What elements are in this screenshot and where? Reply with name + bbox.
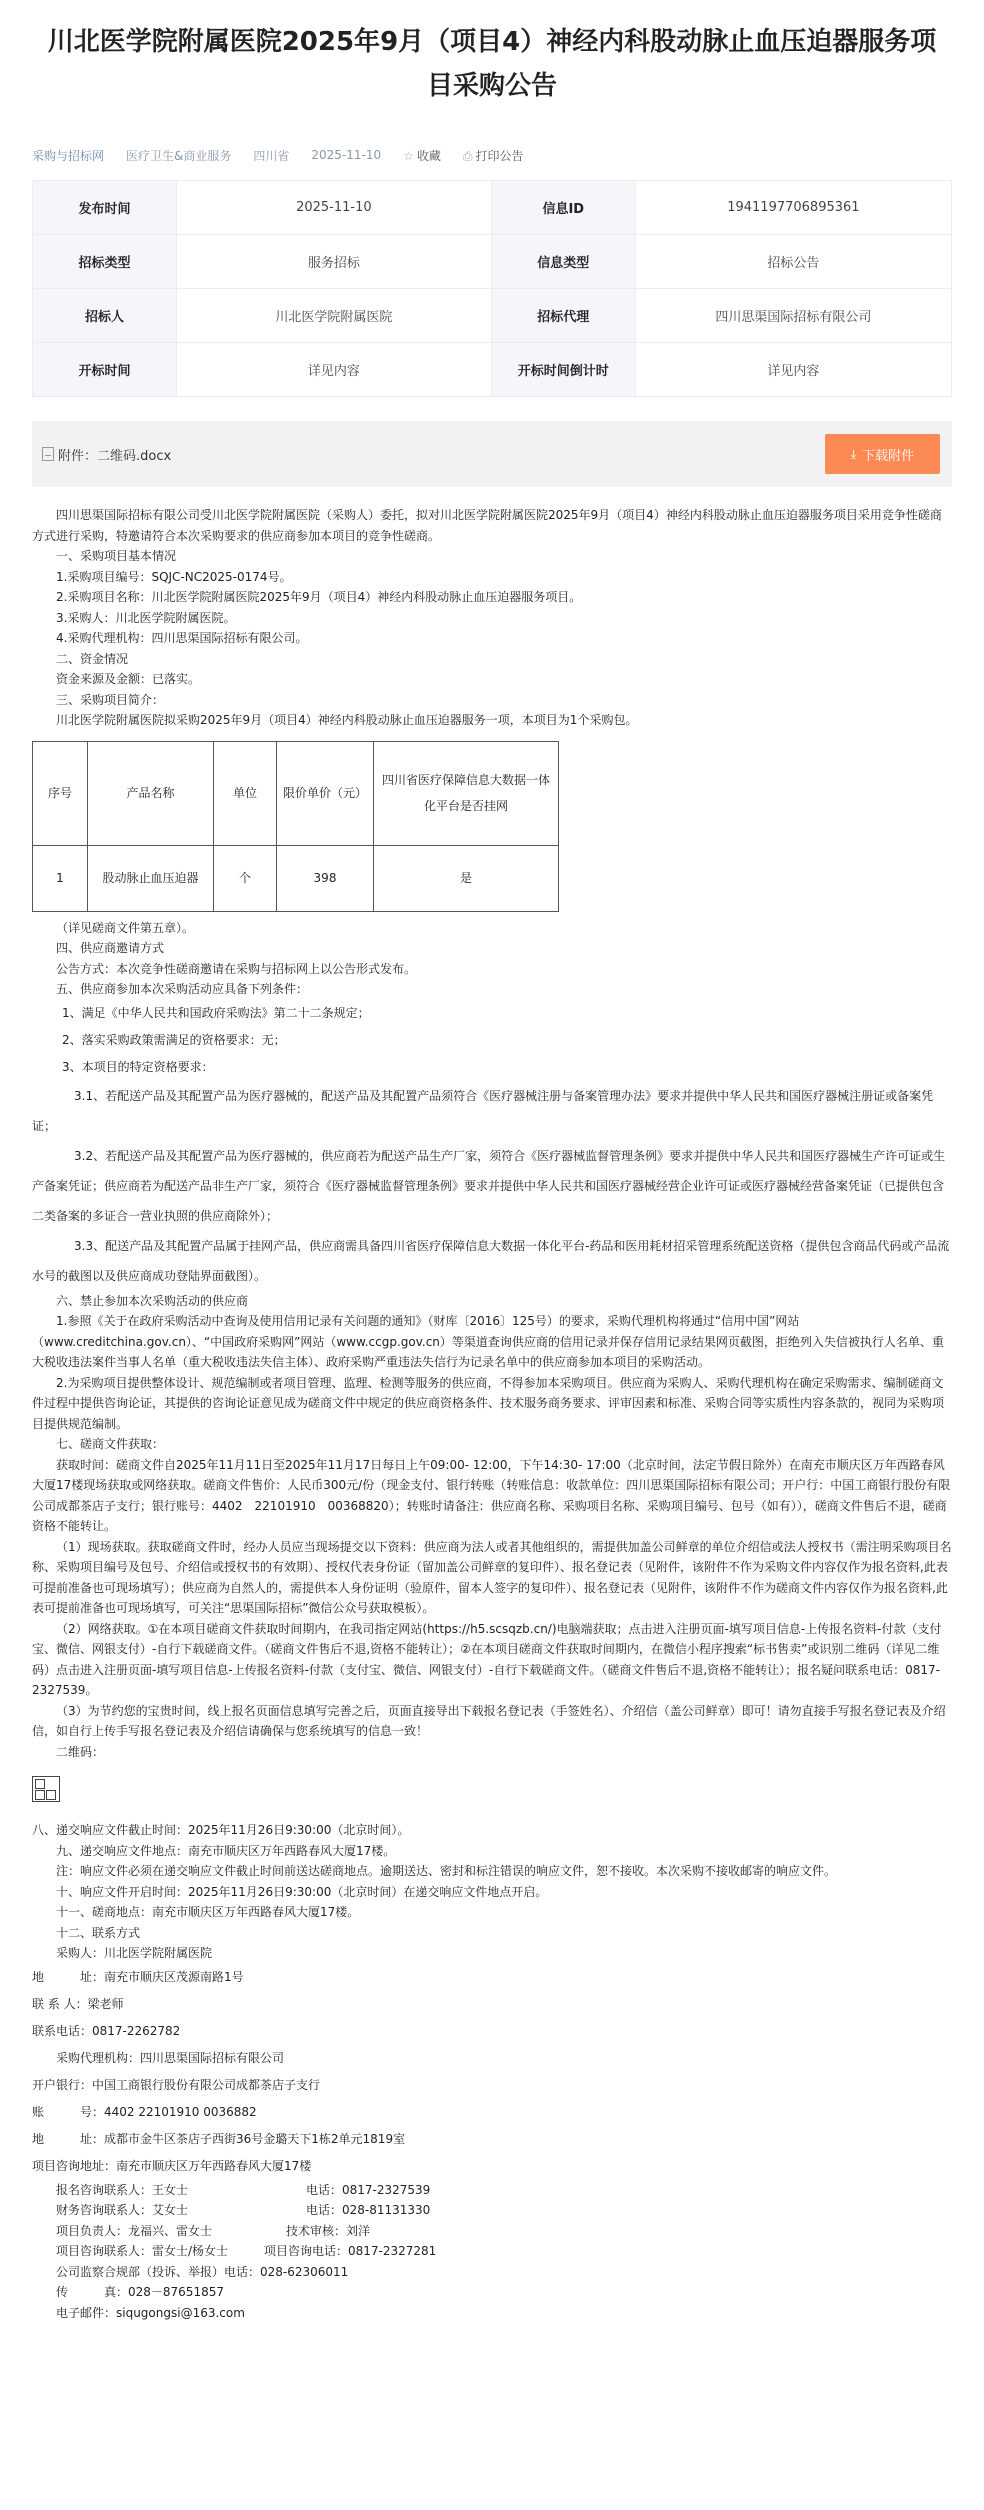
download-icon: ⤓ — [851, 447, 856, 462]
contact-row: 项目咨询联系人：雷女士/杨女士 项目咨询电话：0817-2327281 — [32, 2241, 952, 2262]
info-value: 1941197706895361 — [635, 181, 951, 235]
list-item: 3、本项目的特定资格要求： — [32, 1054, 952, 1081]
list-item: 2、落实采购政策需满足的资格要求：无； — [32, 1027, 952, 1054]
paragraph: 公告方式：本次竞争性磋商邀请在采购与招标网上以公告形式发布。 — [32, 959, 952, 980]
paragraph: 3.3、配送产品及其配置产品属于挂网产品，供应商需具备四川省医疗保障信息大数据一… — [32, 1231, 952, 1291]
info-row: 招标人 川北医学院附属医院 招标代理 四川思渠国际招标有限公司 — [33, 289, 952, 343]
contact-email: 电子邮件：siqugongsi@163.com — [32, 2303, 952, 2324]
contact-line: 公司监察合规部（投诉、举报）电话：028-62306011 — [32, 2262, 952, 2283]
favorite-button[interactable]: ☆收藏 — [403, 147, 441, 164]
contact-line: 开户银行：中国工商银行股份有限公司成都茶店子支行 — [32, 2072, 952, 2099]
paragraph: （3）为节约您的宝贵时间，线上报名页面信息填写完善之后，页面直接导出下载报名登记… — [32, 1701, 952, 1742]
contact-row: 项目负责人：龙福兴、雷女士 技术审核：刘洋 — [32, 2221, 952, 2242]
info-value: 川北医学院附属医院 — [177, 289, 492, 343]
paragraph: （详见磋商文件第五章）。 — [32, 918, 952, 939]
info-row: 开标时间 详见内容 开标时间倒计时 详见内容 — [33, 343, 952, 397]
contact-person: 项目咨询联系人：雷女士/杨女士 — [56, 2241, 264, 2262]
cell: 398 — [277, 845, 374, 911]
info-key: 开标时间倒计时 — [491, 343, 635, 397]
star-icon: ☆ — [403, 149, 414, 163]
contact-row: 报名咨询联系人：王女士 电话：0817-2327539 — [32, 2180, 952, 2201]
info-value: 详见内容 — [177, 343, 492, 397]
info-key: 信息ID — [491, 181, 635, 235]
cell: 是 — [374, 845, 559, 911]
info-value: 四川思渠国际招标有限公司 — [635, 289, 951, 343]
contact-line: 联系电话：0817-2262782 — [32, 2018, 952, 2045]
paragraph: 获取时间：磋商文件自2025年11月11日至2025年11月17日每日上午09:… — [32, 1455, 952, 1537]
info-key: 招标代理 — [491, 289, 635, 343]
header-cell: 序号 — [33, 741, 88, 845]
paragraph: 3.1、若配送产品及其配置产品为医疗器械的，配送产品及其配置产品须符合《医疗器械… — [32, 1081, 952, 1141]
contact-person: 报名咨询联系人：王女士 — [56, 2180, 306, 2201]
attachment-file[interactable]: 附件：二维码.docx — [42, 445, 171, 464]
section-heading: 八、递交响应文件截止时间：2025年11月26日9:30:00（北京时间）。 — [32, 1820, 952, 1841]
print-button[interactable]: ⎙打印公告 — [463, 147, 524, 164]
publish-date: 2025-11-10 — [311, 148, 381, 162]
section-heading: 六、禁止参加本次采购活动的供应商 — [32, 1291, 952, 1312]
download-attachment-button[interactable]: ⤓ 下载附件 — [825, 434, 940, 474]
meta-bar: 采购与招标网 医疗卫生&商业服务 四川省 2025-11-10 ☆收藏 ⎙打印公… — [22, 144, 962, 166]
list-item: 2.采购项目名称：川北医学院附属医院2025年9月（项目4）神经内科股动脉止血压… — [32, 587, 952, 608]
paragraph: 川北医学院附属医院拟采购2025年9月（项目4）神经内科股动脉止血压迫器服务一项… — [32, 710, 952, 731]
list-item: 1、满足《中华人民共和国政府采购法》第二十二条规定； — [32, 1000, 952, 1027]
info-key: 招标类型 — [33, 235, 177, 289]
page-title: 川北医学院附属医院2025年9月（项目4）神经内科股动脉止血压迫器服务项目采购公… — [38, 20, 946, 108]
section-heading: 七、磋商文件获取： — [32, 1434, 952, 1455]
contact-phone: 电话：0817-2327539 — [306, 2180, 430, 2201]
list-item: 1.采购项目编号：SQJC-NC2025-0174号。 — [32, 567, 952, 588]
section-heading: 九、递交响应文件地点：南充市顺庆区万年西路春风大厦17楼。 — [32, 1841, 952, 1862]
section-heading: 十二、联系方式 — [32, 1923, 952, 1944]
section-heading: 十、响应文件开启时间：2025年11月26日9:30:00（北京时间）在递交响应… — [32, 1882, 952, 1903]
word-file-icon — [42, 447, 54, 461]
contact-line: 联 系 人：梁老师 — [32, 1991, 952, 2018]
source-link[interactable]: 采购与招标网 — [32, 147, 104, 164]
contact-phone: 项目咨询电话：0817-2327281 — [264, 2241, 436, 2262]
paragraph: （2）网络获取。①在本项目磋商文件获取时间期内，在我司指定网站(https://… — [32, 1619, 952, 1701]
announcement-body: 四川思渠国际招标有限公司受川北医学院附属医院（采购人）委托，拟对川北医学院附属医… — [32, 505, 952, 2323]
header-cell: 单位 — [214, 741, 277, 845]
contact-line: 采购代理机构：四川思渠国际招标有限公司 — [32, 2045, 952, 2072]
contact-line: 采购人：川北医学院附属医院 — [32, 1943, 952, 1964]
contact-phone: 技术审核：刘洋 — [286, 2221, 370, 2242]
header-cell: 四川省医疗保障信息大数据一体化平台是否挂网 — [374, 741, 559, 845]
contact-line: 传 真：028－87651857 — [32, 2282, 952, 2303]
header-cell: 产品名称 — [88, 741, 214, 845]
info-table: 发布时间 2025-11-10 信息ID 1941197706895361 招标… — [32, 180, 952, 397]
contact-row: 财务咨询联系人：艾女士 电话：028-81131330 — [32, 2200, 952, 2221]
paragraph: （1）现场获取。获取磋商文件时，经办人员应当现场提交以下资料：供应商为法人或者其… — [32, 1537, 952, 1619]
contact-line: 地 址：南充市顺庆区茂源南路1号 — [32, 1964, 952, 1991]
product-table-header: 序号 产品名称 单位 限价单价（元） 四川省医疗保障信息大数据一体化平台是否挂网 — [33, 741, 559, 845]
section-heading: 十一、磋商地点：南充市顺庆区万年西路春风大厦17楼。 — [32, 1902, 952, 1923]
list-item: 4.采购代理机构：四川思渠国际招标有限公司。 — [32, 628, 952, 649]
list-item: 3.采购人：川北医学院附属医院。 — [32, 608, 952, 629]
info-row: 发布时间 2025-11-10 信息ID 1941197706895361 — [33, 181, 952, 235]
section-heading: 四、供应商邀请方式 — [32, 938, 952, 959]
info-key: 开标时间 — [33, 343, 177, 397]
cell: 股动脉止血压迫器 — [88, 845, 214, 911]
info-value: 服务招标 — [177, 235, 492, 289]
paragraph: 3.2、若配送产品及其配置产品为医疗器械的，供应商若为配送产品生产厂家，须符合《… — [32, 1141, 952, 1231]
printer-icon: ⎙ — [463, 149, 473, 163]
section-heading: 二、资金情况 — [32, 649, 952, 670]
product-table: 序号 产品名称 单位 限价单价（元） 四川省医疗保障信息大数据一体化平台是否挂网… — [32, 741, 559, 912]
contact-person: 财务咨询联系人：艾女士 — [56, 2200, 306, 2221]
paragraph: 2.为采购项目提供整体设计、规范编制或者项目管理、监理、检测等服务的供应商，不得… — [32, 1373, 952, 1435]
section-heading: 三、采购项目简介： — [32, 690, 952, 711]
info-value: 招标公告 — [635, 235, 951, 289]
paragraph: 注：响应文件必须在递交响应文件截止时间前送达磋商地点。逾期送达、密封和标注错误的… — [32, 1861, 952, 1882]
info-key: 信息类型 — [491, 235, 635, 289]
section-heading: 五、供应商参加本次采购活动应具备下列条件： — [32, 979, 952, 1000]
section-heading: 一、采购项目基本情况 — [32, 546, 952, 567]
paragraph: 资金来源及金额：已落实。 — [32, 669, 952, 690]
contact-line: 账 号：4402 22101910 0036882 — [32, 2099, 952, 2126]
contact-line: 项目咨询地址：南充市顺庆区万年西路春风大厦17楼 — [32, 2153, 952, 2180]
attachment-bar: 附件：二维码.docx ⤓ 下载附件 — [32, 421, 952, 487]
info-value: 详见内容 — [635, 343, 951, 397]
info-key: 招标人 — [33, 289, 177, 343]
qr-label: 二维码： — [32, 1742, 952, 1763]
attachment-label: 附件：二维码.docx — [58, 445, 171, 464]
paragraph: 1.参照《关于在政府采购活动中查询及使用信用记录有关问题的通知》（财库〔2016… — [32, 1311, 952, 1373]
header-cell: 限价单价（元） — [277, 741, 374, 845]
category-link[interactable]: 医疗卫生&商业服务 — [126, 147, 231, 164]
contact-person: 项目负责人：龙福兴、雷女士 — [56, 2221, 286, 2242]
table-row: 1 股动脉止血压迫器 个 398 是 — [33, 845, 559, 911]
info-row: 招标类型 服务招标 信息类型 招标公告 — [33, 235, 952, 289]
contact-phone: 电话：028-81131330 — [306, 2200, 430, 2221]
intro-paragraph: 四川思渠国际招标有限公司受川北医学院附属医院（采购人）委托，拟对川北医学院附属医… — [32, 505, 952, 546]
announcement-page: 川北医学院附属医院2025年9月（项目4）神经内科股动脉止血压迫器服务项目采购公… — [22, 0, 962, 2323]
region-link[interactable]: 四川省 — [253, 147, 289, 164]
qr-code-image — [32, 1776, 60, 1802]
cell: 个 — [214, 845, 277, 911]
info-key: 发布时间 — [33, 181, 177, 235]
contact-line: 地 址：成都市金牛区茶店子西街36号金璐天下1栋2单元1819室 — [32, 2126, 952, 2153]
info-value: 2025-11-10 — [177, 181, 492, 235]
cell: 1 — [33, 845, 88, 911]
